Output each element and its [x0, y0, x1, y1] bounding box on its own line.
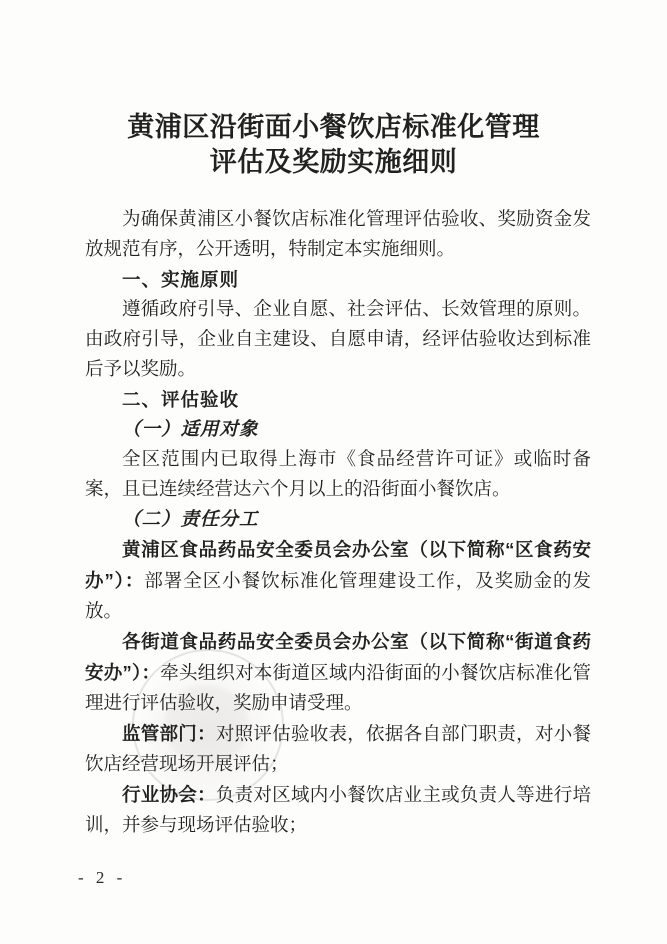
regulator-duty-paragraph-lead: 监管部门： — [122, 723, 216, 744]
scope-paragraph: 全区范围内已取得上海市《食品经营许可证》或临时备案，且已连续经营达六个月以上的沿… — [85, 445, 591, 505]
industry-association-duty-paragraph: 行业协会：负责对区域内小餐饮店业主或负责人等进行培训，并参与现场评估验收； — [85, 780, 591, 841]
section-2-heading: 二、评估验收 — [85, 385, 591, 415]
document-title-line1: 黄浦区沿街面小餐饮店标准化管理 — [127, 112, 540, 142]
street-office-duty-paragraph: 各街道食品药品安全委员会办公室（以下简称“街道食药安办”）：牵头组织对本街道区域… — [85, 627, 591, 719]
document-page: 黄浦区沿街面小餐饮店标准化管理 评估及奖励实施细则 为确保黄浦区小餐饮店标准化管… — [0, 0, 667, 944]
industry-association-duty-paragraph-lead: 行业协会： — [122, 784, 216, 805]
document-title: 黄浦区沿街面小餐饮店标准化管理 评估及奖励实施细则 — [0, 110, 667, 180]
principles-paragraph: 遵循政府引导、企业自愿、社会评估、长效管理的原则。由政府引导，企业自主建设、自愿… — [85, 295, 591, 385]
district-office-duty-paragraph-lead: 黄浦区食品药品安全委员会办公室（以下简称“区食药安办”）： — [85, 539, 591, 591]
subsection-2-2-heading: （二）责任分工 — [85, 505, 591, 535]
section-1-heading: 一、实施原则 — [85, 265, 591, 295]
document-title-line2: 评估及奖励实施细则 — [210, 147, 458, 177]
document-body: 为确保黄浦区小餐饮店标准化管理评估验收、奖励资金发放规范有序，公开透明，特制定本… — [85, 205, 591, 841]
street-office-duty-paragraph-lead: 各街道食品药品安全委员会办公室（以下简称“街道食药安办”）： — [85, 631, 591, 683]
district-office-duty-paragraph: 黄浦区食品药品安全委员会办公室（以下简称“区食药安办”）：部署全区小餐饮标准化管… — [85, 535, 591, 627]
regulator-duty-paragraph: 监管部门：对照评估验收表，依据各自部门职责，对小餐饮店经营现场开展评估； — [85, 719, 591, 780]
page-number: - 2 - — [78, 868, 126, 888]
subsection-2-1-heading: （一）适用对象 — [85, 415, 591, 445]
intro-paragraph: 为确保黄浦区小餐饮店标准化管理评估验收、奖励资金发放规范有序，公开透明，特制定本… — [85, 205, 591, 265]
